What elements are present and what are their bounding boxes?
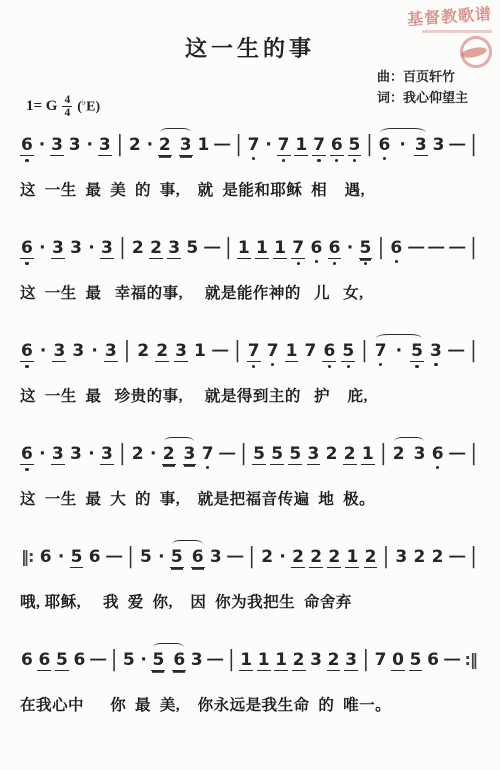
slur-group: 23 xyxy=(158,136,193,156)
note: 3 xyxy=(413,445,427,464)
barline: | xyxy=(469,441,477,465)
note: 1 xyxy=(193,342,207,361)
note: 3 xyxy=(50,136,64,156)
note: 2 xyxy=(260,548,274,567)
note: 3 xyxy=(104,342,118,362)
slur-group: 56 xyxy=(170,548,205,568)
note: 6 xyxy=(20,651,34,670)
note: 7 xyxy=(247,342,261,362)
lyric-line: 哦, 耶稣, 我 爱 你, 因 你为我把生 命舍弃 xyxy=(0,578,500,612)
note: 1 xyxy=(273,239,287,259)
note: 2 xyxy=(309,548,323,568)
note: 2 xyxy=(131,239,145,258)
duration-dot: · xyxy=(139,651,147,670)
note: 6 xyxy=(330,136,344,156)
barline: | xyxy=(469,544,477,568)
slur-group: 6·3 xyxy=(378,136,428,156)
note: 2 xyxy=(292,651,306,671)
note: 7 xyxy=(291,239,305,259)
lyricist-credit: 词：我心仰望主 xyxy=(377,87,468,108)
duration-dot: · xyxy=(149,445,157,464)
note: 7 xyxy=(266,342,280,361)
barline: | xyxy=(360,338,368,362)
note: 2 xyxy=(364,548,378,568)
note: 6 xyxy=(20,136,34,156)
note: 3 xyxy=(307,445,321,465)
slur-group: 56 xyxy=(151,651,186,671)
note: 5 xyxy=(170,548,184,568)
barline: | xyxy=(248,544,256,568)
note: 1 xyxy=(345,548,359,568)
note: 7 xyxy=(374,342,388,361)
note: 3 xyxy=(209,548,223,567)
note: 6 xyxy=(426,651,440,670)
note: 2 xyxy=(413,548,427,567)
note: 5 xyxy=(70,548,84,568)
slur-group: 7·5 xyxy=(374,342,424,362)
barline: | xyxy=(239,441,247,465)
notation-line: 6·33·3|2231−|771765|7·53−| xyxy=(0,328,500,372)
barline: | xyxy=(469,338,477,362)
notation-line: 6656−|5·563−|1112323|7056−:‖ xyxy=(0,637,500,681)
notation-line: 6·33·3|2·237−|5553221|236−| xyxy=(0,431,500,475)
note: 3 xyxy=(432,136,446,155)
duration-dot: · xyxy=(346,239,354,258)
note: 2 xyxy=(392,445,406,464)
duration-dot: · xyxy=(38,445,46,464)
note: 6 xyxy=(431,445,445,464)
note: 5 xyxy=(359,239,373,259)
note: 2 xyxy=(128,136,142,155)
note: 7 xyxy=(374,651,388,670)
note: 6 xyxy=(309,239,323,258)
note: 2 xyxy=(162,445,176,465)
note: 2 xyxy=(136,342,150,361)
note: 1 xyxy=(257,651,271,671)
note: 3 xyxy=(183,445,197,465)
note: 5 xyxy=(409,651,423,671)
note: 1 xyxy=(361,445,375,465)
note: 7 xyxy=(312,136,326,156)
duration-dot: · xyxy=(87,445,95,464)
note: 6 xyxy=(37,651,51,671)
dash: − xyxy=(445,239,469,258)
lyric-line: 这 一生 最 幸福的事, 就是能作神的 儿 女, xyxy=(0,269,500,303)
barline: | xyxy=(118,441,126,465)
time-signature-numerator: 4 xyxy=(62,94,72,107)
note: 7 xyxy=(201,445,215,464)
note: 3 xyxy=(174,342,188,362)
note: 3 xyxy=(51,239,65,259)
lyric-line: 在我心中 你 最 美, 你永远是我生命 的 唯一。 xyxy=(0,681,500,715)
barline: | xyxy=(469,235,477,259)
note: 6 xyxy=(88,548,102,567)
note: 5 xyxy=(55,651,69,671)
barline: | xyxy=(110,647,118,671)
barline: | xyxy=(377,235,385,259)
barline: | xyxy=(123,338,131,362)
note: 5 xyxy=(341,342,355,362)
notation-line: 6·33·3|2235−|111766·5|6−−−| xyxy=(0,225,500,269)
stanza: 6·33·3|2·237−|5553221|236−|这 一生 最 大 的 事,… xyxy=(0,431,500,509)
alternate-key: (♭E) xyxy=(77,97,100,116)
dash: − xyxy=(86,651,110,670)
score: 6·33·3|2·231−|7·71765|6·33−|这 一生 最 美 的 事… xyxy=(0,122,500,740)
barline: | xyxy=(382,544,390,568)
barline: | xyxy=(126,544,134,568)
note: 2 xyxy=(343,445,357,465)
note: 1 xyxy=(274,651,288,671)
note: 6 xyxy=(322,342,336,362)
stanza: 6·33·3|2235−|111766·5|6−−−|这 一生 最 幸福的事, … xyxy=(0,225,500,303)
note: 6 xyxy=(389,239,403,258)
note: 5 xyxy=(288,445,302,465)
note: 7 xyxy=(247,136,261,155)
duration-dot: · xyxy=(395,342,403,361)
note: 3 xyxy=(309,651,323,670)
duration-dot: · xyxy=(38,136,46,155)
dash: − xyxy=(203,651,227,670)
note: 6 xyxy=(39,548,53,567)
note: 6 xyxy=(72,651,86,670)
dash: − xyxy=(444,342,468,361)
dash: − xyxy=(445,548,469,567)
note: 1 xyxy=(285,342,299,362)
dash: − xyxy=(102,548,126,567)
composer-credit: 曲：百页轩竹 xyxy=(377,66,468,87)
note: 5 xyxy=(185,239,199,258)
note: 5 xyxy=(252,445,266,465)
barline: | xyxy=(365,132,373,156)
note: 7 xyxy=(304,342,318,361)
note: 3 xyxy=(51,445,65,465)
barline: | xyxy=(118,235,126,259)
note: 3 xyxy=(344,651,358,671)
note: 7 xyxy=(277,136,291,156)
duration-dot: · xyxy=(39,342,47,361)
duration-dot: · xyxy=(264,136,272,155)
note: 3 xyxy=(190,651,204,670)
note: 3 xyxy=(68,136,82,155)
song-title: 这一生的事 xyxy=(0,32,500,63)
watermark-text: 基督教歌谱 xyxy=(406,1,492,30)
duration-dot: · xyxy=(398,136,406,155)
note: 5 xyxy=(139,548,153,567)
duration-dot: · xyxy=(57,548,65,567)
note: 2 xyxy=(291,548,305,568)
time-signature: 4 4 xyxy=(62,94,72,119)
note: 6 xyxy=(191,548,205,568)
note: 1 xyxy=(294,136,308,156)
note: 5 xyxy=(348,136,362,156)
duration-dot: · xyxy=(157,548,165,567)
lyric-line: 这 一生 最 大 的 事, 就是把福音传遍 地 极。 xyxy=(0,475,500,509)
time-signature-denominator: 4 xyxy=(64,107,70,119)
note: 6 xyxy=(172,651,186,671)
note: 5 xyxy=(151,651,165,671)
lyric-line: 这 一生 最 珍贵的事, 就是得到主的 护 庇, xyxy=(0,372,500,406)
note: 0 xyxy=(391,651,405,671)
repeat-sign: ‖: xyxy=(20,548,34,566)
note: 3 xyxy=(394,548,408,567)
duration-dot: · xyxy=(87,239,95,258)
stanza: ‖:6·56−|5·563−|2·22212|322−|哦, 耶稣, 我 爱 你… xyxy=(0,534,500,612)
note: 2 xyxy=(325,445,339,464)
note: 3 xyxy=(52,342,66,362)
slur-group: 23 xyxy=(392,445,427,464)
note: 5 xyxy=(410,342,424,362)
note: 3 xyxy=(179,136,193,156)
alternate-key-note: E xyxy=(86,100,95,115)
slur-group: 23 xyxy=(162,445,197,465)
dash: − xyxy=(445,136,469,155)
note: 3 xyxy=(429,342,443,361)
barline: | xyxy=(234,132,242,156)
stanza: 6·33·3|2231−|771765|7·53−|这 一生 最 珍贵的事, 就… xyxy=(0,328,500,406)
note: 3 xyxy=(100,445,114,465)
note: 2 xyxy=(131,445,145,464)
stanza: 6656−|5·563−|1112323|7056−:‖在我心中 你 最 美, … xyxy=(0,637,500,715)
dash: − xyxy=(445,445,469,464)
barline: | xyxy=(116,132,124,156)
notation-line: 6·33·3|2·231−|7·71765|6·33−| xyxy=(0,122,500,166)
key-signature: 1= G 4 4 (♭E) xyxy=(26,94,100,119)
sheet-music-page: 基督教歌谱 这一生的事 曲：百页轩竹 词：我心仰望主 1= G 4 4 (♭E)… xyxy=(0,0,500,770)
barline: | xyxy=(469,132,477,156)
key-prefix: 1= G xyxy=(26,98,57,115)
stanza: 6·33·3|2·231−|7·71765|6·33−|这 一生 最 美 的 事… xyxy=(0,122,500,200)
note: 6 xyxy=(20,342,34,362)
note: 1 xyxy=(239,651,253,671)
notation-line: ‖:6·56−|5·563−|2·22212|322−| xyxy=(0,534,500,578)
duration-dot: · xyxy=(278,548,286,567)
dash: − xyxy=(208,342,232,361)
note: 3 xyxy=(167,239,181,259)
repeat-sign: :‖ xyxy=(463,651,477,669)
note: 2 xyxy=(431,548,445,567)
dash: − xyxy=(199,239,223,258)
dash: − xyxy=(210,136,234,155)
barline: | xyxy=(233,338,241,362)
duration-dot: · xyxy=(38,239,46,258)
note: 2 xyxy=(158,136,172,156)
barline: | xyxy=(224,235,232,259)
dash: − xyxy=(440,651,464,670)
note: 1 xyxy=(237,239,251,259)
note: 5 xyxy=(122,651,136,670)
duration-dot: · xyxy=(86,136,94,155)
note: 2 xyxy=(327,651,341,671)
note: 1 xyxy=(255,239,269,259)
note: 3 xyxy=(100,239,114,259)
note: 3 xyxy=(69,445,83,464)
note: 6 xyxy=(20,445,34,465)
dash: − xyxy=(223,548,247,567)
note: 6 xyxy=(328,239,342,259)
note: 5 xyxy=(270,445,284,465)
dash: − xyxy=(215,445,239,464)
note: 2 xyxy=(327,548,341,568)
duration-dot: · xyxy=(90,342,98,361)
note: 6 xyxy=(20,239,34,259)
barline: | xyxy=(362,647,370,671)
lyric-line: 这 一生 最 美 的 事, 就 是能和耶稣 相 遇, xyxy=(0,166,500,200)
duration-dot: · xyxy=(146,136,154,155)
note: 3 xyxy=(98,136,112,156)
note: 3 xyxy=(414,136,428,156)
barline: | xyxy=(379,441,387,465)
barline: | xyxy=(227,647,235,671)
note: 2 xyxy=(155,342,169,362)
note: 2 xyxy=(149,239,163,259)
credits: 曲：百页轩竹 词：我心仰望主 xyxy=(377,66,468,109)
note: 1 xyxy=(196,136,210,155)
note: 3 xyxy=(71,342,85,361)
note: 6 xyxy=(378,136,392,155)
note: 3 xyxy=(69,239,83,258)
